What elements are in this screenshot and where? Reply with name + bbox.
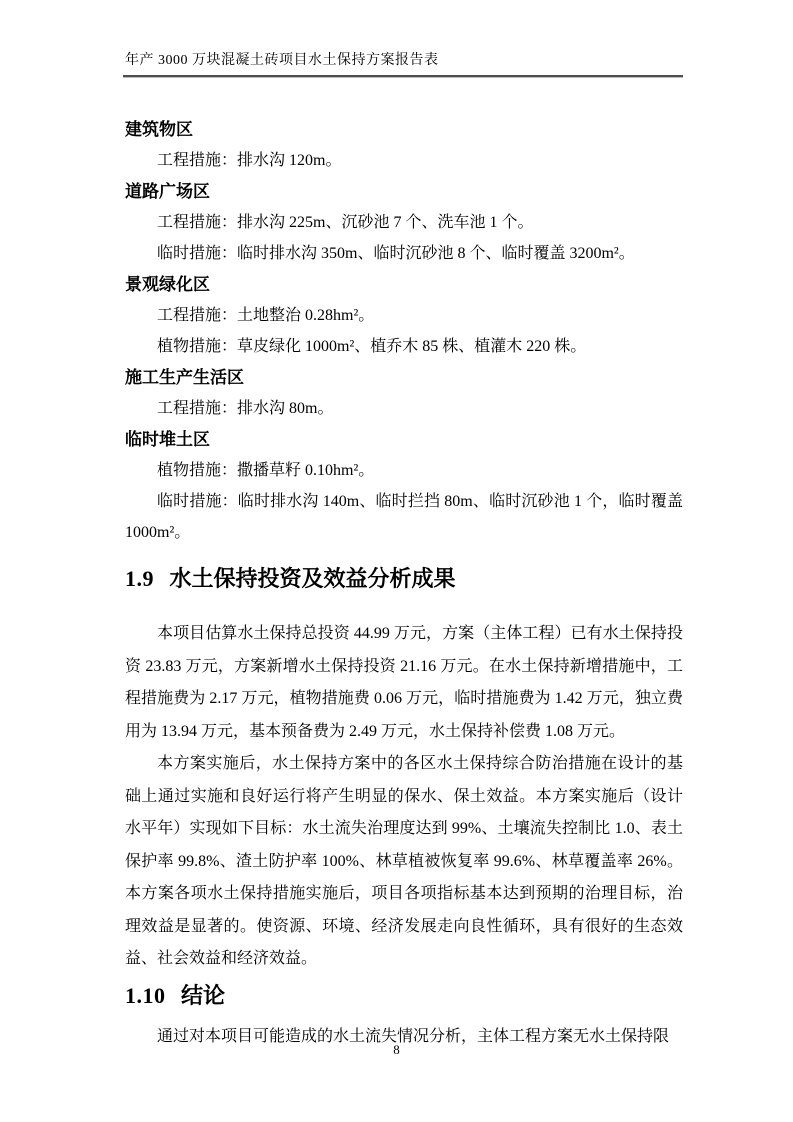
- zone-heading-landscape-greening: 景观绿化区: [125, 269, 683, 300]
- section-1-10-title: 结论: [181, 983, 225, 1008]
- zone-heading-building: 建筑物区: [125, 114, 683, 145]
- measure-line: 临时措施：临时排水沟 350m、临时沉砂池 8 个、临时覆盖 3200m²。: [125, 238, 683, 269]
- page-header: 年产 3000 万块混凝土砖项目水土保持方案报告表: [123, 0, 683, 78]
- page-number: 8: [0, 1042, 793, 1058]
- header-title: 年产 3000 万块混凝土砖项目水土保持方案报告表: [123, 52, 683, 75]
- section-1-9-heading: 1.9 水土保持投资及效益分析成果: [125, 565, 683, 593]
- measure-line: 工程措施：土地整治 0.28hm²。: [125, 300, 683, 331]
- section-1-9-number: 1.9: [125, 566, 154, 591]
- section-1-10-number: 1.10: [125, 983, 166, 1008]
- measure-line: 植物措施：撒播草籽 0.10hm²。: [125, 455, 683, 486]
- benefit-paragraph: 本方案实施后，水土保持方案中的各区水土保持综合防治措施在设计的基础上通过实施和良…: [125, 748, 683, 976]
- document-body: 建筑物区 工程措施：排水沟 120m。 道路广场区 工程措施：排水沟 225m、…: [125, 114, 683, 1053]
- measure-line: 植物措施：草皮绿化 1000m²、植乔木 85 株、植灌木 220 株。: [125, 331, 683, 362]
- measure-line: 临时措施：临时排水沟 140m、临时拦挡 80m、临时沉砂池 1 个，临时覆盖 …: [125, 486, 683, 548]
- zone-heading-temporary-soil-pile: 临时堆土区: [125, 424, 683, 455]
- zone-heading-construction-living: 施工生产生活区: [125, 362, 683, 393]
- investment-paragraph: 本项目估算水土保持总投资 44.99 万元，方案（主体工程）已有水土保持投资 2…: [125, 618, 683, 748]
- header-rule: [123, 75, 683, 78]
- measures-section: 建筑物区 工程措施：排水沟 120m。 道路广场区 工程措施：排水沟 225m、…: [125, 114, 683, 548]
- section-1-9-title: 水土保持投资及效益分析成果: [170, 566, 456, 591]
- measure-line: 工程措施：排水沟 120m。: [125, 145, 683, 176]
- measure-line: 工程措施：排水沟 225m、沉砂池 7 个、洗车池 1 个。: [125, 207, 683, 238]
- zone-heading-road-square: 道路广场区: [125, 176, 683, 207]
- document-page: 年产 3000 万块混凝土砖项目水土保持方案报告表 建筑物区 工程措施：排水沟 …: [0, 0, 793, 1122]
- measure-line: 工程措施：排水沟 80m。: [125, 393, 683, 424]
- section-1-10-heading: 1.10 结论: [125, 982, 683, 1010]
